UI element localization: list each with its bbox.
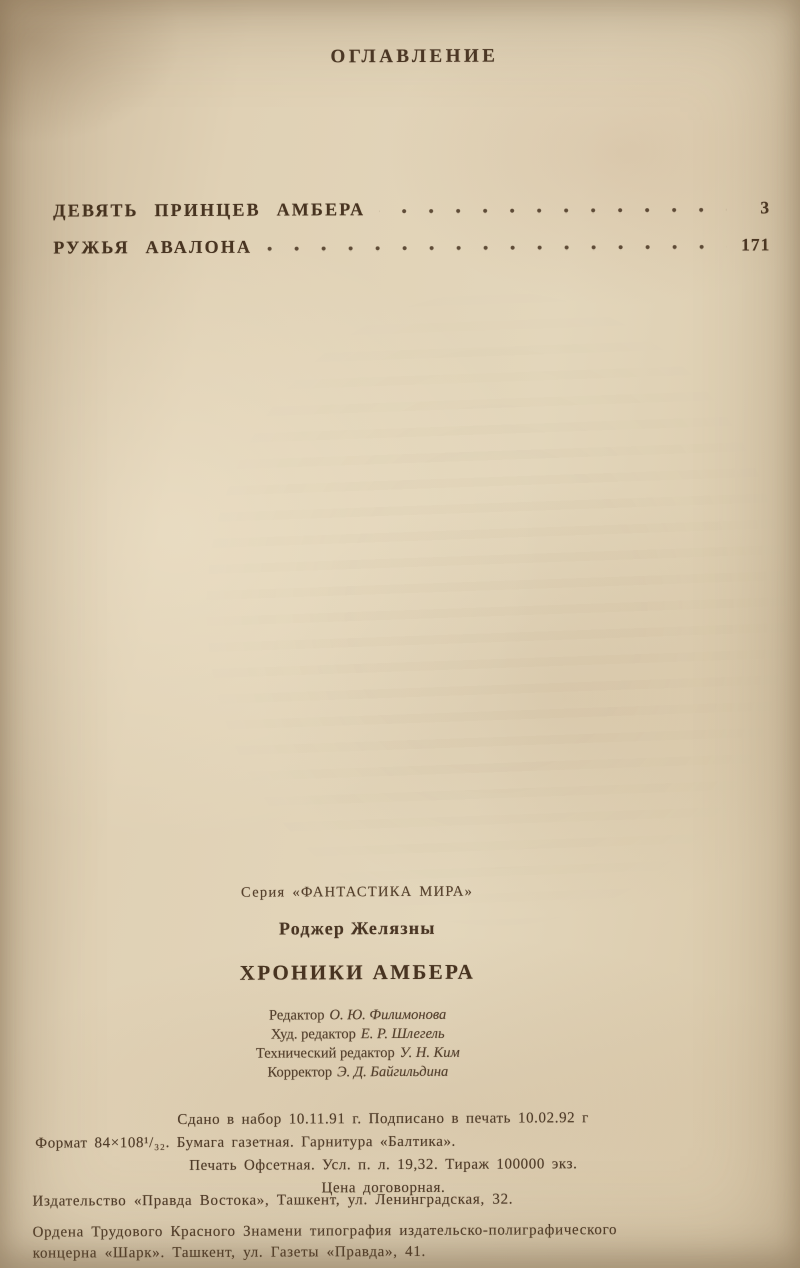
print-detail-line: Формат 84×108¹/₃₂. Бумага газетная. Гарн…: [2, 1129, 764, 1155]
toc-entry-page-number: 171: [736, 234, 770, 255]
book-title: ХРОНИКИ АМБЕРА: [1, 959, 713, 987]
staff-role: Редактор: [269, 1007, 325, 1023]
printing-house-line: концерна «Шарк». Ташкент, ул. Газеты «Пр…: [33, 1240, 785, 1264]
toc-entry: ДЕВЯТЬ ПРИНЦЕВ АМБЕРА 3: [53, 181, 770, 221]
dot-leader: [379, 208, 726, 215]
toc-entry: РУЖЬЯ АВАЛОНА 171: [53, 218, 770, 258]
toc-entry-page-number: 3: [736, 197, 770, 218]
toc-entry-title: РУЖЬЯ АВАЛОНА: [53, 237, 252, 259]
staff-person: Э. Д. Байгильдина: [337, 1064, 448, 1080]
staff-role: Технический редактор: [256, 1045, 395, 1062]
print-detail-line: Печать Офсетная. Усл. п. л. 19,32. Тираж…: [2, 1152, 764, 1178]
toc-entry-title: ДЕВЯТЬ ПРИНЦЕВ АМБЕРА: [53, 199, 365, 221]
scan-content: ОГЛАВЛЕНИЕ ДЕВЯТЬ ПРИНЦЕВ АМБЕРА 3 РУЖЬЯ…: [0, 0, 800, 1268]
editorial-staff-list: РедакторО. Ю. Филимонова Худ. редакторЕ.…: [2, 1005, 714, 1084]
staff-person: У. Н. Ким: [400, 1045, 460, 1061]
colophon-header: Серия «ФАНТАСТИКА МИРА» Роджер Желязны Х…: [1, 883, 713, 987]
table-of-contents: ДЕВЯТЬ ПРИНЦЕВ АМБЕРА 3 РУЖЬЯ АВАЛОНА 17…: [53, 181, 770, 258]
staff-person: О. Ю. Филимонова: [329, 1007, 446, 1024]
staff-person: Е. Р. Шлегель: [361, 1026, 445, 1042]
publisher-address-line: Издательство «Правда Востока», Ташкент, …: [32, 1190, 782, 1210]
series-label: Серия «ФАНТАСТИКА МИРА»: [1, 883, 713, 903]
staff-role: Корректор: [267, 1064, 332, 1080]
author-name: Роджер Желязны: [1, 917, 713, 941]
printing-house-address: Ордена Трудового Красного Знамени типогр…: [33, 1219, 785, 1264]
scanned-book-page: ОГЛАВЛЕНИЕ ДЕВЯТЬ ПРИНЦЕВ АМБЕРА 3 РУЖЬЯ…: [0, 0, 800, 1268]
dot-leader: [266, 245, 726, 252]
staff-role: Худ. редактор: [271, 1026, 356, 1042]
print-detail-line: Сдано в набор 10.11.91 г. Подписано в пе…: [2, 1106, 764, 1132]
staff-line: КорректорЭ. Д. Байгильдина: [2, 1062, 714, 1084]
page-title: ОГЛАВЛЕНИЕ: [14, 44, 800, 69]
printing-details: Сдано в набор 10.11.91 г. Подписано в пе…: [2, 1106, 764, 1201]
